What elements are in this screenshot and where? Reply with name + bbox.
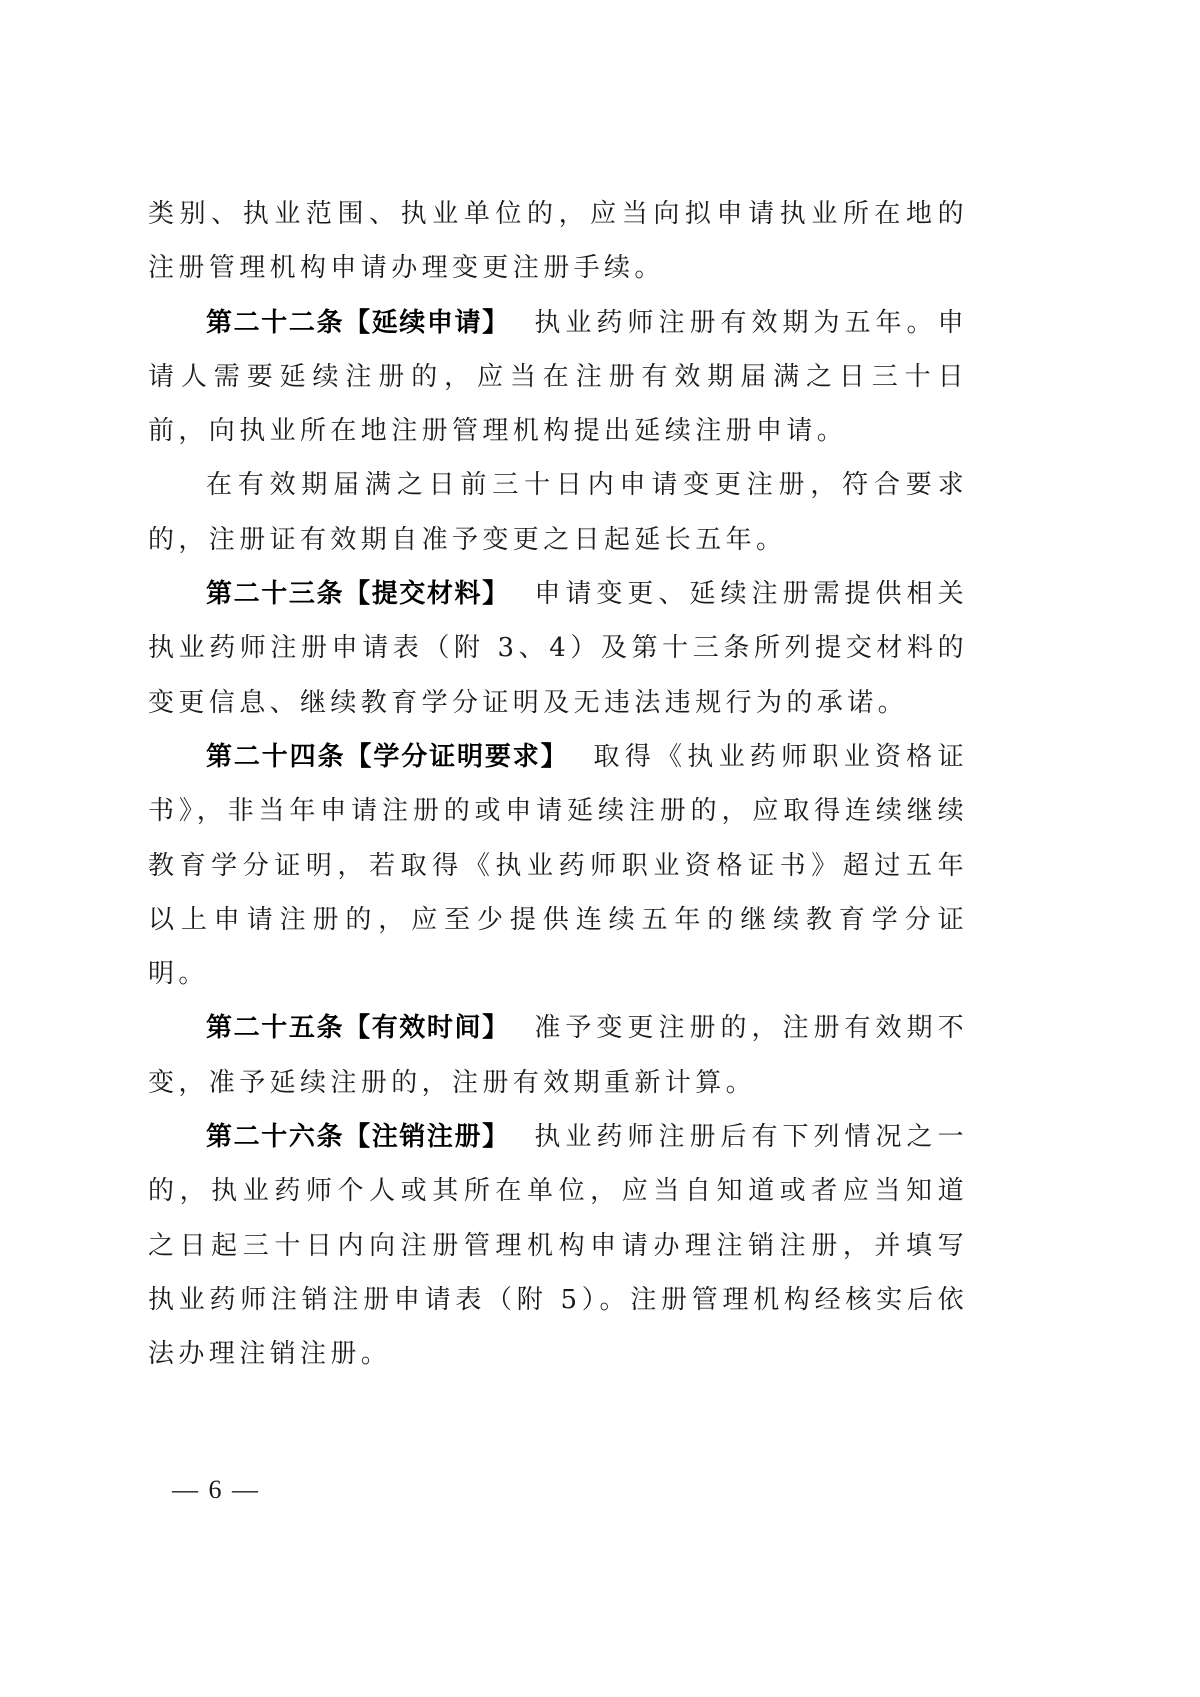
document-body: 类别、执业范围、执业单位的，应当向拟申请执业所在地的注册管理机构申请办理变更注册… bbox=[148, 187, 968, 1382]
article-26: 第二十六条【注销注册】执业药师注册后有下列情况之一的，执业药师个人或其所在单位，… bbox=[148, 1110, 968, 1381]
article-text: 取得《执业药师职业资格证书》，非当年申请注册的或申请延续注册的，应取得连续继续教… bbox=[148, 742, 968, 989]
article-22: 第二十二条【延续申请】执业药师注册有效期为五年。申请人需要延续注册的，应当在注册… bbox=[148, 296, 968, 459]
article-heading: 第二十二条【延续申请】 bbox=[206, 308, 510, 338]
paragraph-continuation: 类别、执业范围、执业单位的，应当向拟申请执业所在地的注册管理机构申请办理变更注册… bbox=[148, 187, 968, 296]
paragraph-plain: 在有效期届满之日前三十日内申请变更注册，符合要求的，注册证有效期自准予变更之日起… bbox=[148, 458, 968, 567]
article-heading: 第二十四条【学分证明要求】 bbox=[206, 742, 569, 772]
article-heading: 第二十五条【有效时间】 bbox=[206, 1013, 510, 1043]
article-text: 执业药师注册后有下列情况之一的，执业药师个人或其所在单位，应当自知道或者应当知道… bbox=[148, 1122, 968, 1369]
paragraph-text: 在有效期届满之日前三十日内申请变更注册，符合要求的，注册证有效期自准予变更之日起… bbox=[148, 470, 968, 554]
article-24: 第二十四条【学分证明要求】取得《执业药师职业资格证书》，非当年申请注册的或申请延… bbox=[148, 730, 968, 1001]
paragraph-text: 类别、执业范围、执业单位的，应当向拟申请执业所在地的注册管理机构申请办理变更注册… bbox=[148, 199, 968, 283]
page-number: — 6 — bbox=[172, 1475, 260, 1505]
article-25: 第二十五条【有效时间】准予变更注册的，注册有效期不变，准予延续注册的，注册有效期… bbox=[148, 1001, 968, 1110]
article-heading: 第二十六条【注销注册】 bbox=[206, 1122, 510, 1152]
article-23: 第二十三条【提交材料】申请变更、延续注册需提供相关执业药师注册申请表（附 3、4… bbox=[148, 567, 968, 730]
article-heading: 第二十三条【提交材料】 bbox=[206, 579, 510, 609]
